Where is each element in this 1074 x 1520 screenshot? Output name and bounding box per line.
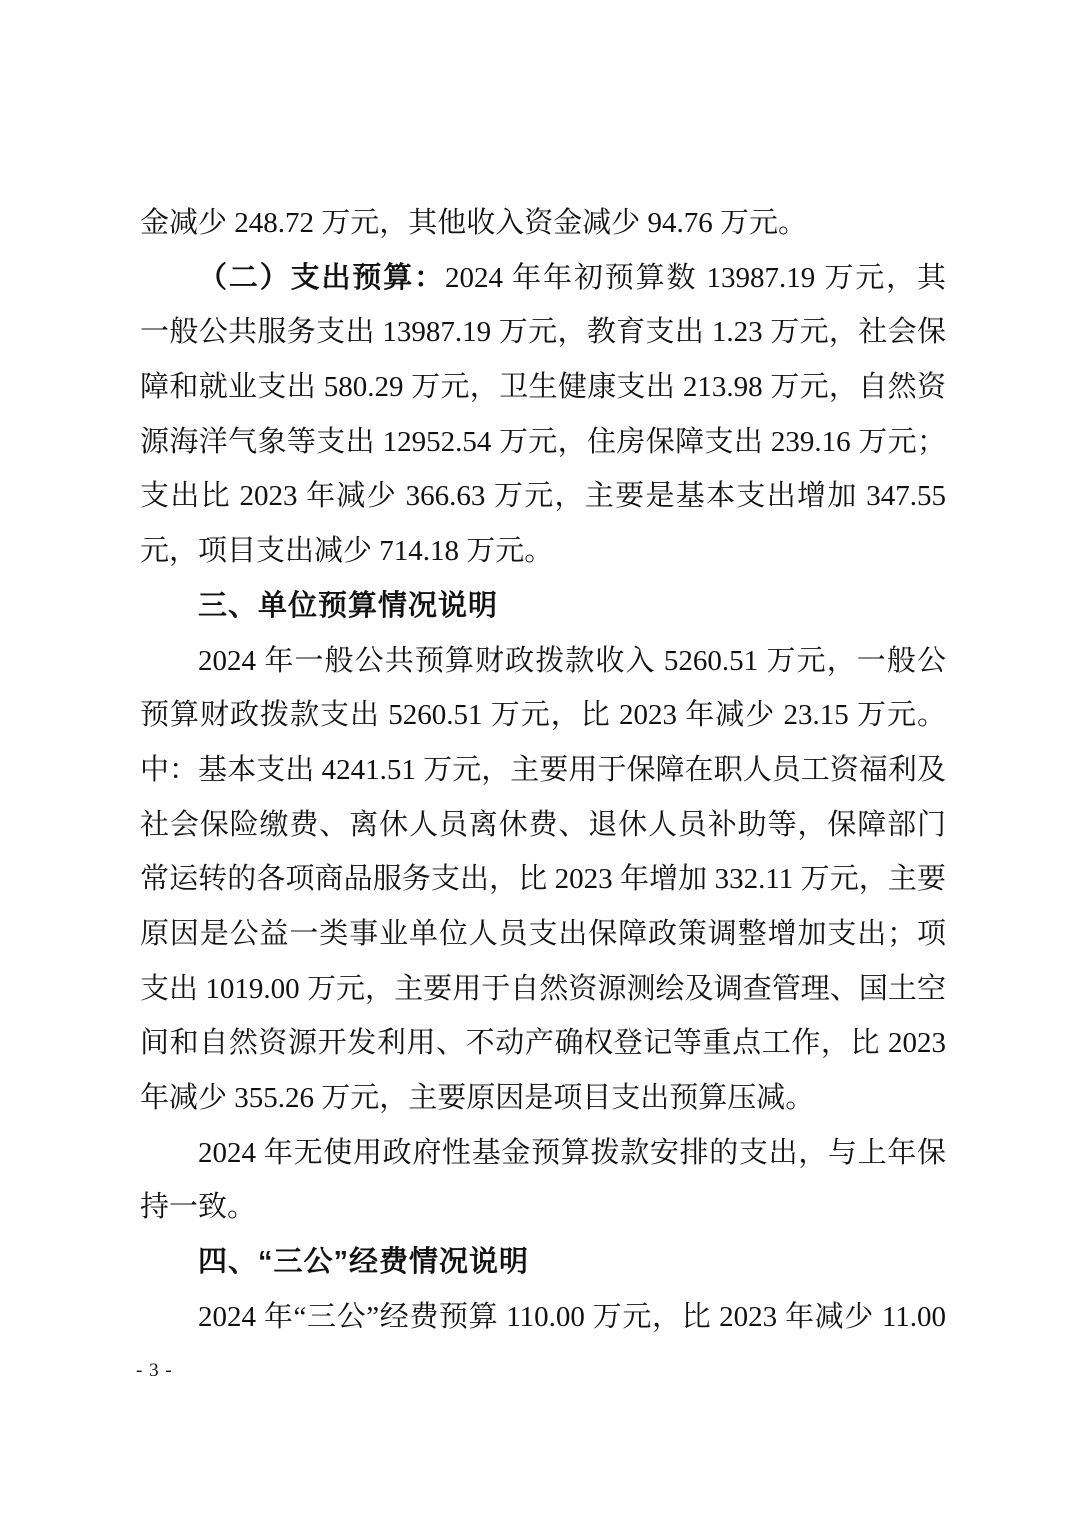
section-heading-4: 四、“三公”经费情况说明 <box>140 1235 946 1290</box>
body-line: 中：基本支出 4241.51 万元，主要用于保障在职人员工资福利及 <box>140 743 946 798</box>
body-line: 原因是公益一类事业单位人员支出保障政策调整增加支出；项目 <box>140 907 946 962</box>
body-line: 年减少 355.26 万元，主要原因是项目支出预算压减。 <box>140 1071 946 1126</box>
body-line: 持一致。 <box>140 1180 946 1235</box>
body-line: 一般公共服务支出 13987.19 万元，教育支出 1.23 万元，社会保 <box>140 305 946 360</box>
body-line: 支出比 2023 年减少 366.63 万元，主要是基本支出增加 347.55 … <box>140 469 946 524</box>
body-line: 2024 年一般公共预算财政拨款收入 5260.51 万元，一般公共 <box>140 634 946 689</box>
page-number: - 3 - <box>136 1360 173 1382</box>
body-line: 金减少 248.72 万元，其他收入资金减少 94.76 万元。 <box>140 196 946 251</box>
body-line: 支出 1019.00 万元，主要用于自然资源测绘及调查管理、国土空 <box>140 962 946 1017</box>
body-line: 源海洋气象等支出 12952.54 万元，住房保障支出 239.16 万元； <box>140 415 946 470</box>
body-line: 常运转的各项商品服务支出，比 2023 年增加 332.11 万元，主要 <box>140 852 946 907</box>
body-line: 社会保险缴费、离休人员离休费、退休人员补助等，保障部门正 <box>140 798 946 853</box>
body-line: 2024 年无使用政府性基金预算拨款安排的支出，与上年保 <box>140 1126 946 1181</box>
body-line: 预算财政拨款支出 5260.51 万元，比 2023 年减少 23.15 万元。… <box>140 688 946 743</box>
body-line: （二）支出预算：2024 年年初预算数 13987.19 万元，其中： <box>140 251 946 306</box>
document-body: 金减少 248.72 万元，其他收入资金减少 94.76 万元。 （二）支出预算… <box>140 196 946 1344</box>
body-line: 障和就业支出 580.29 万元，卫生健康支出 213.98 万元，自然资 <box>140 360 946 415</box>
document-page: 金减少 248.72 万元，其他收入资金减少 94.76 万元。 （二）支出预算… <box>0 0 1074 1520</box>
body-line: 元，项目支出减少 714.18 万元。 <box>140 524 946 579</box>
subheading-inline: （二）支出预算： <box>198 262 445 294</box>
body-line: 2024 年“三公”经费预算 110.00 万元，比 2023 年减少 11.0… <box>140 1290 946 1345</box>
body-line: 间和自然资源开发利用、不动产确权登记等重点工作，比 2023 <box>140 1016 946 1071</box>
section-heading-3: 三、单位预算情况说明 <box>140 579 946 634</box>
